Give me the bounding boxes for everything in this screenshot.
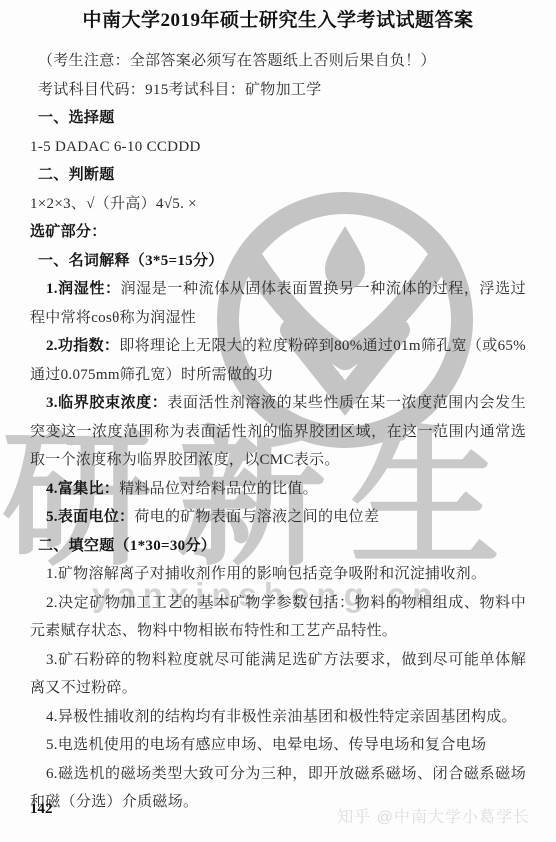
term-text: 精料品位对给料品位的比值。 xyxy=(119,481,318,497)
term-label: 3.临界胶束浓度： xyxy=(46,395,167,411)
fill-item-6: 6.磁选机的磁场类型大致可分为三种，即开放磁系磁场、闭合磁系磁场和磁（分选）介质… xyxy=(30,760,526,817)
term-item-5: 5.表面电位：荷电的矿物表面与溶液之间的电位差 xyxy=(30,503,526,532)
fill-item-1: 1.矿物溶解离子对捕收剂作用的影响包括竞争吸附和沉淀捕收剂。 xyxy=(30,560,526,589)
fill-item-4: 4.异极性捕收剂的结构均有非极性亲油基团和极性特定亲固基团构成。 xyxy=(30,703,526,732)
section-heading-choice: 一、选择题 xyxy=(30,104,526,133)
term-label: 1.润湿性： xyxy=(46,281,121,297)
section-heading-judgment: 二、判断题 xyxy=(30,161,526,190)
fill-item-2: 2.决定矿物加工工艺的基本矿物学参数包括：物料的物相组成、物料中元素赋存状态、物… xyxy=(30,589,526,646)
term-item-3: 3.临界胶束浓度：表面活性剂溶液的某些性质在某一浓度范围内会发生突变这一浓度范围… xyxy=(30,389,526,475)
section-heading-fill: 二、填空题（1*30=30分） xyxy=(30,532,526,561)
part-label: 选矿部分： xyxy=(30,218,526,247)
section-heading-terms: 一、名词解释（3*5=15分） xyxy=(30,247,526,276)
term-label: 2.功指数： xyxy=(46,338,119,354)
term-item-2: 2.功指数：即将理论上无限大的粒度粉碎到80%通过01m筛孔宽（或65%通过0.… xyxy=(30,332,526,389)
term-label: 4.富集比： xyxy=(46,481,119,497)
fill-item-3: 3.矿石粉碎的物料粒度就尽可能满足选矿方法要求，做到尽可能单体解离又不过粉碎。 xyxy=(30,646,526,703)
document-content: 中南大学2019年硕士研究生入学考试试题答案 （考生注意：全部答案必须写在答题纸… xyxy=(0,0,556,817)
document-page: 研新生 yanxinsheng.cn 知乎 @中南大学小葛学长 中南大学2019… xyxy=(0,0,556,842)
term-label: 5.表面电位： xyxy=(46,509,134,525)
subject-code-line: 考试科目代码：915考试科目：矿物加工学 xyxy=(30,76,526,105)
term-item-1: 1.润湿性：润湿是一种流体从固体表面置换另一种流体的过程，浮选过程中常将cosθ… xyxy=(30,275,526,332)
choice-answer: 1-5 DADAC 6-10 CCDDD xyxy=(30,133,526,162)
page-number: 142 xyxy=(30,801,53,818)
judgment-answer: 1×2×3、√（升高）4√5. × xyxy=(30,190,526,219)
term-item-4: 4.富集比：精料品位对给料品位的比值。 xyxy=(30,475,526,504)
fill-item-5: 5.电选机使用的电场有感应申场、电晕电场、传导电场和复合电场 xyxy=(30,731,526,760)
examinee-notice: （考生注意：全部答案必须写在答题纸上否则后果自负！） xyxy=(30,47,526,76)
term-text: 荷电的矿物表面与溶液之间的电位差 xyxy=(134,509,379,525)
page-title: 中南大学2019年硕士研究生入学考试试题答案 xyxy=(30,8,526,34)
